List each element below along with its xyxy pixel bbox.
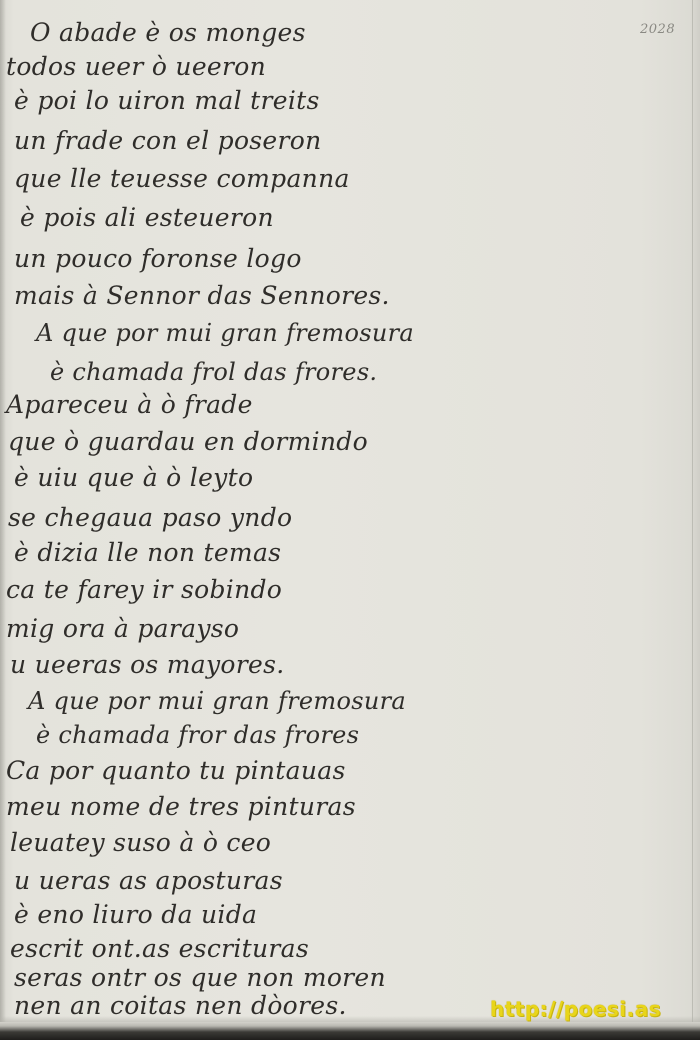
verse-line: seras ontr os que non moren — [14, 963, 386, 993]
verse-line: O abade è os monges — [30, 18, 306, 48]
verse-line: è pois ali esteueron — [20, 203, 274, 233]
page-right-edge — [692, 0, 693, 1030]
verse-line: è eno liuro da uida — [14, 900, 257, 930]
verse-line: u ueras as aposturas — [14, 866, 283, 896]
verse-line: u ueeras os mayores. — [10, 650, 285, 680]
verse-line: todos ueer ò ueeron — [6, 52, 266, 82]
verse-line: que ò guardau en dormindo — [8, 427, 368, 457]
verse-line: se chegaua paso yndo — [8, 503, 292, 533]
verse-line: escrit ont.as escrituras — [10, 934, 309, 964]
watermark-link[interactable]: http://poesi.as — [490, 997, 661, 1021]
verse-line: un pouco foronse logo — [14, 244, 302, 274]
manuscript-page: 2028 O abade è os mongestodos ueer ò uee… — [0, 0, 700, 1040]
folio-number: 2028 — [640, 22, 675, 37]
verse-line: Ca por quanto tu pintauas — [6, 756, 346, 786]
refrain-line: è chamada frol das frores. — [50, 357, 377, 387]
refrain-line: A que por mui gran fremosura — [36, 318, 414, 348]
verse-line: meu nome de tres pinturas — [6, 792, 356, 822]
verse-line: un frade con el poseron — [14, 126, 322, 156]
refrain-line: è chamada fror das frores — [36, 720, 359, 750]
verse-line: mig ora à parayso — [6, 614, 239, 644]
verse-line: leuatey suso à ò ceo — [10, 828, 271, 858]
verse-line: mais à Sennor das Sennores. — [14, 281, 390, 311]
verse-line: ca te farey ir sobindo — [6, 575, 282, 605]
verse-line: è uiu que à ò leyto — [14, 463, 253, 493]
verse-line: que lle teuesse companna — [14, 164, 350, 194]
page-bottom-edge — [0, 1022, 700, 1040]
verse-line: Apareceu à ò frade — [6, 390, 253, 420]
verse-line: è poi lo uiron mal treits — [14, 86, 320, 116]
refrain-line: A que por mui gran fremosura — [28, 686, 406, 716]
verse-line: è dizia lle non temas — [14, 538, 281, 568]
page-gutter-shadow — [0, 0, 6, 1040]
